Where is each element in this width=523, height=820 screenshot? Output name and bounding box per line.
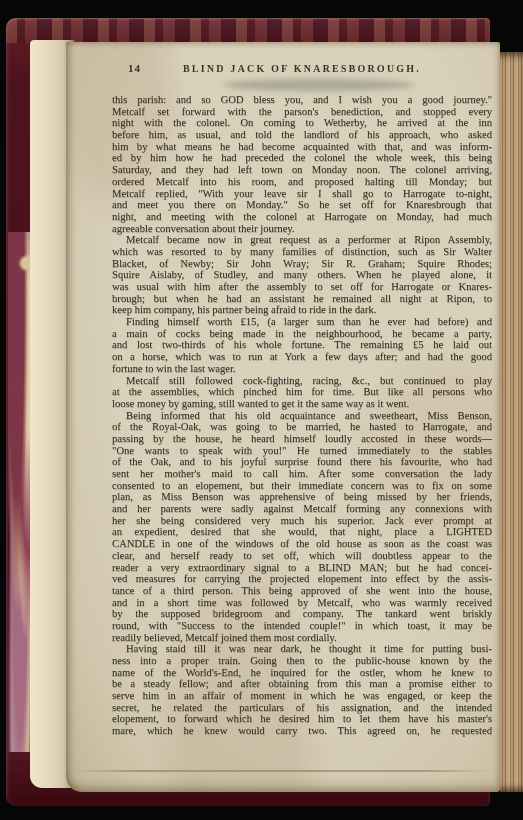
- text-line: and in a short time was followed by Metc…: [112, 598, 492, 610]
- text-line: readily believed, Metcalf joined them mo…: [112, 633, 492, 645]
- text-line: sent her mother's maid to call him. Afte…: [112, 469, 492, 481]
- text-line: secret, he related the particulars of hi…: [112, 703, 492, 715]
- text-line: Metcalf still followed cock-fighting, ra…: [112, 376, 492, 388]
- text-line: mare, which he knew would carry two. Thi…: [112, 726, 492, 738]
- text-line: and her parents were sadly against Metca…: [112, 504, 492, 516]
- text-line: Having staid till it was near dark, he t…: [112, 644, 492, 656]
- text-line: agreeable conversation about their journ…: [112, 224, 492, 236]
- photo-background: { "header": { "page_number": "14", "runn…: [0, 0, 523, 820]
- text-line: of the Oak, and to his joyful surprise f…: [112, 457, 492, 469]
- text-line: Metcalf became now in great request as a…: [112, 235, 492, 247]
- book-cover-top-edge: [6, 19, 490, 43]
- text-line: before him, as usual, and told the landl…: [112, 130, 492, 142]
- text-line: ed by him how he had preceded the colone…: [112, 153, 492, 165]
- text-line: brough; but when he had an assistant he …: [112, 294, 492, 306]
- text-line: Saturday, and they had left town on Mond…: [112, 165, 492, 177]
- book-page: 14 BLIND JACK OF KNARESBOROUGH. this par…: [66, 42, 500, 792]
- ink-smudge: [224, 79, 414, 91]
- running-title: BLIND JACK OF KNARESBOROUGH.: [112, 64, 492, 75]
- text-line: tance of a third person. This being appr…: [112, 586, 492, 598]
- text-line: reader a very extraordinary signal to a …: [112, 563, 492, 575]
- text-line: loose money by gaming, still wanted to g…: [112, 399, 492, 411]
- text-line: consented to an elopement, but their imm…: [112, 481, 492, 493]
- text-line: ordered Metcalf into his room, and propo…: [112, 177, 492, 189]
- text-line: night, and meeting with the colonel at H…: [112, 212, 492, 224]
- text-line: and lost two-thirds of his whole fortune…: [112, 340, 492, 352]
- fore-edge-pages: [500, 52, 523, 792]
- text-line: Metcalf set forward with the parson's be…: [112, 107, 492, 119]
- text-line: Finding himself worth £15, (a larger sum…: [112, 317, 492, 329]
- text-line: ness into a proper train. Going then to …: [112, 656, 492, 668]
- text-line: passing by the house, he heard himself l…: [112, 434, 492, 446]
- text-line: Metcalf replied, "With your leave sir I …: [112, 189, 492, 201]
- text-line: night with the colonel. On coming to Wet…: [112, 118, 492, 130]
- text-line: an expedient, desired that she would, th…: [112, 527, 492, 539]
- text-line: and meet you there on Monday." So he set…: [112, 200, 492, 212]
- text-line: serve him in an affair of moment in whic…: [112, 691, 492, 703]
- text-line: name of the World's-End, he inquired for…: [112, 668, 492, 680]
- text-line: plan, as Miss Benson was apprehensive of…: [112, 492, 492, 504]
- text-line: "One wants to speak with you!" He turned…: [112, 446, 492, 458]
- text-line: Blacket, of Newby; Sir John Wray; Sir R.…: [112, 259, 492, 271]
- text-line: elopement, to forward which he desired h…: [112, 714, 492, 726]
- text-line: keep him company, his partner being afra…: [112, 305, 492, 317]
- text-line: on a horse, which was to run at York a f…: [112, 352, 492, 364]
- text-line: this parish: and so GOD bless you, and I…: [112, 95, 492, 107]
- text-line: at the assemblies, which pinched him for…: [112, 387, 492, 399]
- text-line: fortune to win the last wager.: [112, 364, 492, 376]
- text-block: this parish: and so GOD bless you, and I…: [112, 95, 492, 738]
- text-line: round, with "Success to the intended cou…: [112, 621, 492, 633]
- text-line: a main of cocks being made in the neighb…: [112, 329, 492, 341]
- text-line: CANDLE in one of the windows of the old …: [112, 539, 492, 551]
- text-line: be a steady fellow; and after obtaining …: [112, 679, 492, 691]
- text-line: by the supposed bridegroom and company. …: [112, 609, 492, 621]
- text-line: Being informed that his old acquaintance…: [112, 411, 492, 423]
- text-line: which was resorted to by many families o…: [112, 247, 492, 259]
- page-bottom-crease: [70, 770, 491, 772]
- text-line: Squire Aislaby, of Studley, and many oth…: [112, 270, 492, 282]
- text-line: was usual with him after the assembly to…: [112, 282, 492, 294]
- text-line: him by what means he had become acquaint…: [112, 142, 492, 154]
- text-line: of the Royal-Oak, was going to be marrie…: [112, 422, 492, 434]
- text-line: her she being considered very much his s…: [112, 516, 492, 528]
- text-line: ved measures for carrying the projected …: [112, 574, 492, 586]
- text-line: clear, and herself ready to set off, whi…: [112, 551, 492, 563]
